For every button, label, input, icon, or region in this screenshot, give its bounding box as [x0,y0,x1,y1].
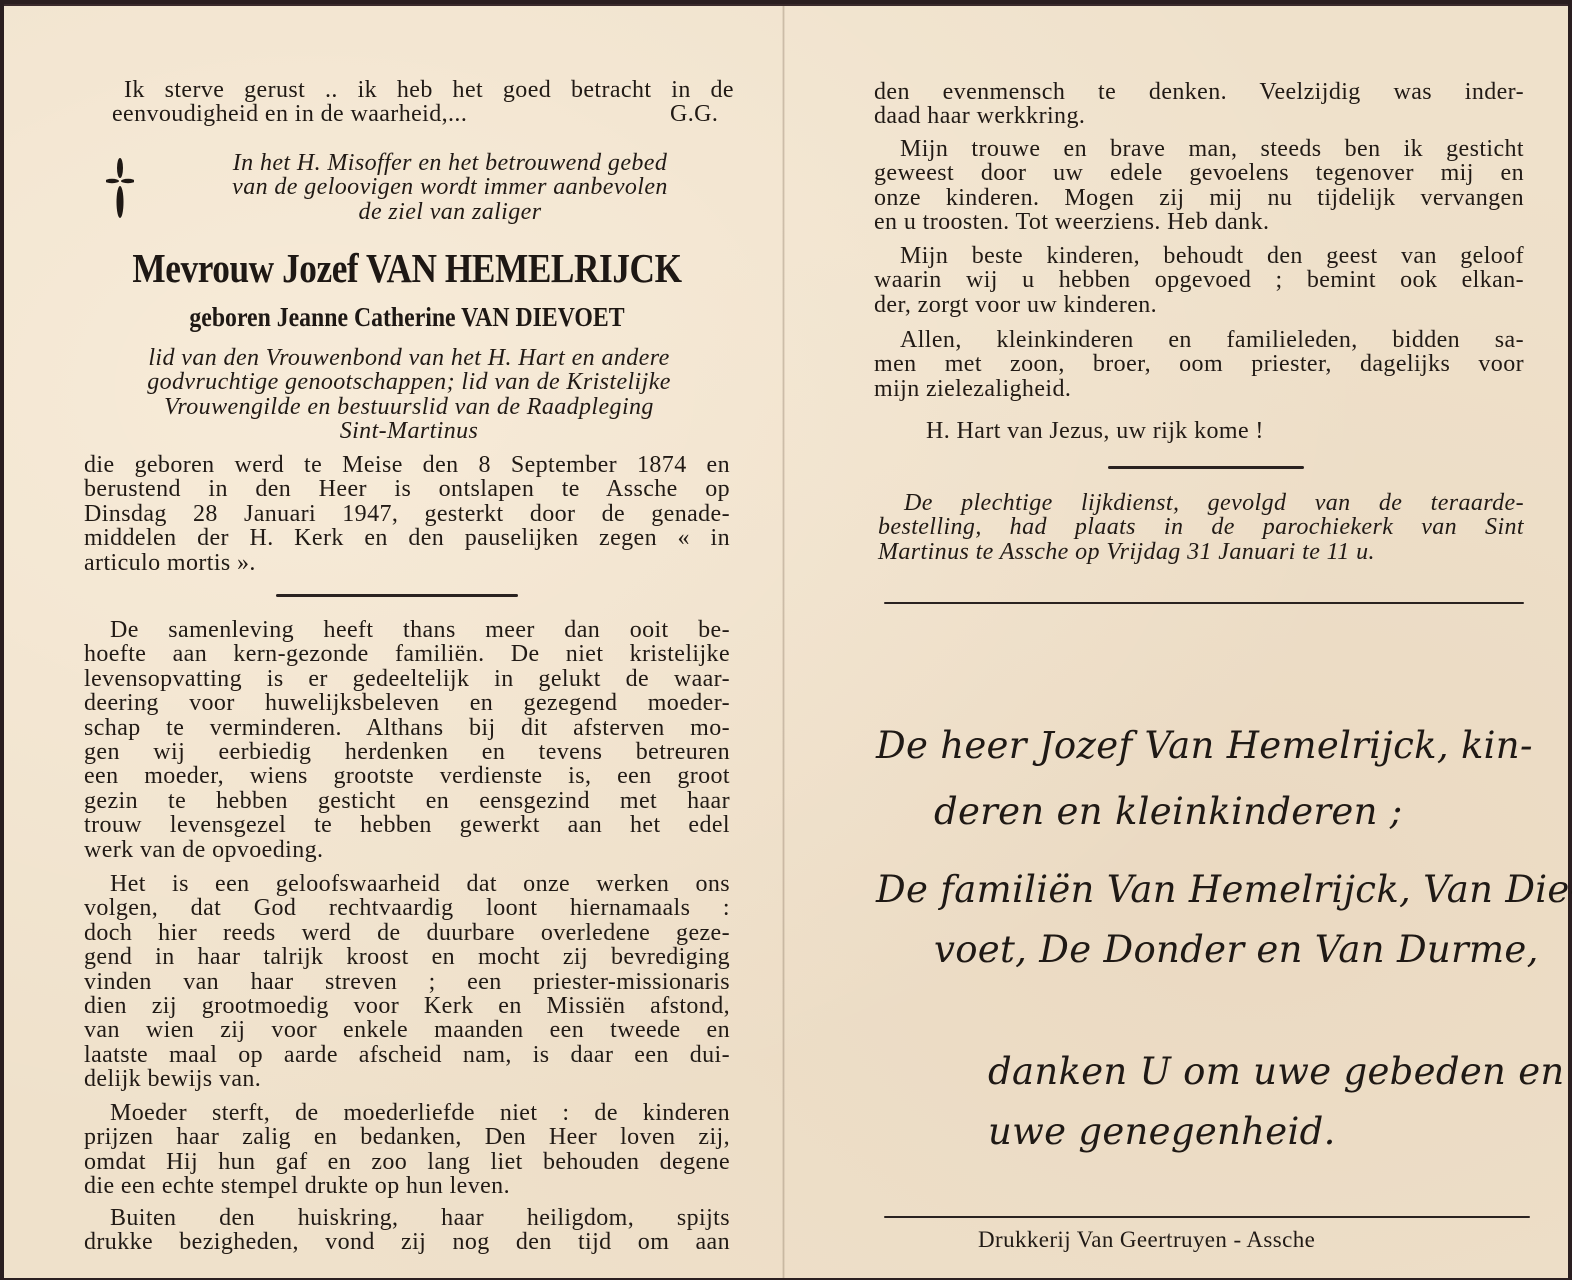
text-line: schap te verminderen. Althans bij dit af… [84,716,730,740]
text-line: gend in haar talrijk kroost en mocht zij… [84,945,730,969]
text-line: Allen, kleinkinderen en familieleden, bi… [874,328,1524,352]
epigraph-line: eenvoudigheid en in de waarheid,... [112,102,467,126]
text-line: De plechtige lijkdienst, gevolgd van de … [878,491,1524,515]
divider [884,602,1524,604]
text-line: articulo mortis ». [84,551,730,575]
text-line: en u troosten. Tot weerziens. Heb dank. [874,210,1524,234]
text-line: een moeder, wiens grootste verdienste is… [84,764,730,788]
funeral-notice: De plechtige lijkdienst, gevolgd van de … [878,491,1524,564]
text-line: drukke bezigheden, vond zij nog den tijd… [84,1230,730,1254]
text-line: gezin te hebben gesticht en eensgezind m… [84,789,730,813]
printer-credit: Drukkerij Van Geertruyen - Assche [978,1228,1315,1252]
dedication-line: van de geloovigen wordt immer aanbevolen [170,175,730,199]
text-line: Het is een geloofswaarheid dat onze werk… [84,872,730,896]
epigraph-initials: G.G. [670,102,718,126]
text-line: mijn zielezaligheid. [874,377,1524,401]
text-line: Moeder sterft, de moederliefde niet : de… [84,1101,730,1125]
paragraph-2: Het is een geloofswaarheid dat onze werk… [84,872,730,1092]
thanks-line: uwe genegenheid. [988,1110,1336,1153]
paragraph-husband: Mijn trouwe en brave man, steeds ben ik … [874,137,1524,235]
text-line: Mijn trouwe en brave man, steeds ben ik … [874,137,1524,161]
text-line: middelen der H. Kerk en den pauselijken … [84,526,730,550]
text-line: geweest door uw edele gevoelens tegenove… [874,161,1524,185]
paragraph-children: Mijn beste kinderen, behoudt den geest v… [874,244,1524,317]
fold-crease [782,6,785,1278]
text-line: daad haar werkkring. [874,104,1524,128]
text-line: den evenmensch te denken. Veelzijdig was… [874,80,1524,104]
thanks-line: danken U om uwe gebeden en [988,1050,1565,1093]
text-line: Dinsdag 28 Januari 1947, gesterkt door d… [84,502,730,526]
text-line: levensopvatting is er gedeeltelijk in ge… [84,667,730,691]
text-line: laatste maal op aarde afscheid nam, is d… [84,1043,730,1067]
text-line: die een echte stempel drukte op hun leve… [84,1174,730,1198]
text-line: die geboren werd te Meise den 8 Septembe… [84,453,730,477]
text-line: De samenleving heeft thans meer dan ooit… [84,618,730,642]
divider [276,594,518,597]
thanks-line: voet, De Donder en Van Durme, [934,928,1539,971]
deceased-name: Mevrouw Jozef VAN HEMELRIJCK [126,244,688,292]
dedication: In het H. Misoffer en het betrouwend geb… [170,151,730,224]
text-line: van wien zij voor enkele maanden een twe… [84,1018,730,1042]
membership-line: lid van den Vrouwenbond van het H. Hart … [84,346,734,370]
membership-line: Vrouwengilde en bestuurslid van de Raadp… [84,395,734,419]
text-line: vinden van haar streven ; een priester-m… [84,970,730,994]
prayer: H. Hart van Jezus, uw rijk kome ! [926,419,1264,443]
memorial-card: Ik sterve gerust .. ik heb het goed betr… [4,4,1568,1278]
text-line: onze kinderen. Mogen zij mij nu tijdelij… [874,186,1524,210]
dedication-line: de ziel van zaliger [170,200,730,224]
text-line: Buiten den huiskring, haar heiligdom, sp… [84,1206,730,1230]
thanks-line: De heer Jozef Van Hemelrijck, kin- [876,724,1533,767]
cross-icon [106,156,134,222]
text-line: delijk bewijs van. [84,1067,730,1091]
text-line: prijzen haar zalig en bedanken, Den Heer… [84,1125,730,1149]
text-line: waarin wij u hebben opgevoed ; bemint oo… [874,268,1524,292]
life-dates: die geboren werd te Meise den 8 Septembe… [84,453,730,575]
memberships: lid van den Vrouwenbond van het H. Hart … [84,346,734,444]
text-line: men met zoon, broer, oom priester, dagel… [874,352,1524,376]
paragraph-1: De samenleving heeft thans meer dan ooit… [84,618,730,862]
text-line: deering voor huwelijksbeleven en gezegen… [84,691,730,715]
text-line: Martinus te Assche op Vrijdag 31 Januari… [878,540,1524,564]
paragraph-family: Allen, kleinkinderen en familieleden, bi… [874,328,1524,401]
divider [1108,466,1304,469]
text-line: trouw levensgezel te hebben gewerkt aan … [84,813,730,837]
paragraph-4: Buiten den huiskring, haar heiligdom, sp… [84,1206,730,1255]
text-line: omdat Hij hun gaf en zoo lang liet behou… [84,1150,730,1174]
membership-line: godvruchtige genootschappen; lid van de … [84,370,734,394]
divider [884,1216,1530,1218]
epigraph-line: Ik sterve gerust .. ik heb het goed betr… [112,78,734,102]
text-line: hoefte aan kern-gezonde familiën. De nie… [84,642,730,666]
text-line: gen wij eerbiedig herdenken en tevens be… [84,740,730,764]
text-line: Mijn beste kinderen, behoudt den geest v… [874,244,1524,268]
text-line: bestelling, had plaats in de parochieker… [878,515,1524,539]
dedication-line: In het H. Misoffer en het betrouwend geb… [170,151,730,175]
thanks-line: deren en kleinkinderen ; [934,790,1403,833]
thanks-line: De familiën Van Hemelrijck, Van Die- [876,868,1572,911]
text-line: der, zorgt voor uw kinderen. [874,293,1524,317]
text-line: doch hier reeds werd de duurbare overled… [84,921,730,945]
paragraph-continued: den evenmensch te denken. Veelzijdig was… [874,80,1524,129]
paragraph-3: Moeder sterft, de moederliefde niet : de… [84,1101,730,1199]
membership-line: Sint-Martinus [84,419,734,443]
birth-name: geboren Jeanne Catherine VAN DIEVOET [119,302,695,333]
text-line: werk van de opvoeding. [84,838,730,862]
text-line: volgen, dat God rechtvaardig loont hiern… [84,896,730,920]
text-line: berustend in den Heer is ontslapen te As… [84,477,730,501]
text-line: dien zij grootmoedig voor Kerk en Missië… [84,994,730,1018]
epigraph: Ik sterve gerust .. ik heb het goed betr… [112,78,734,127]
